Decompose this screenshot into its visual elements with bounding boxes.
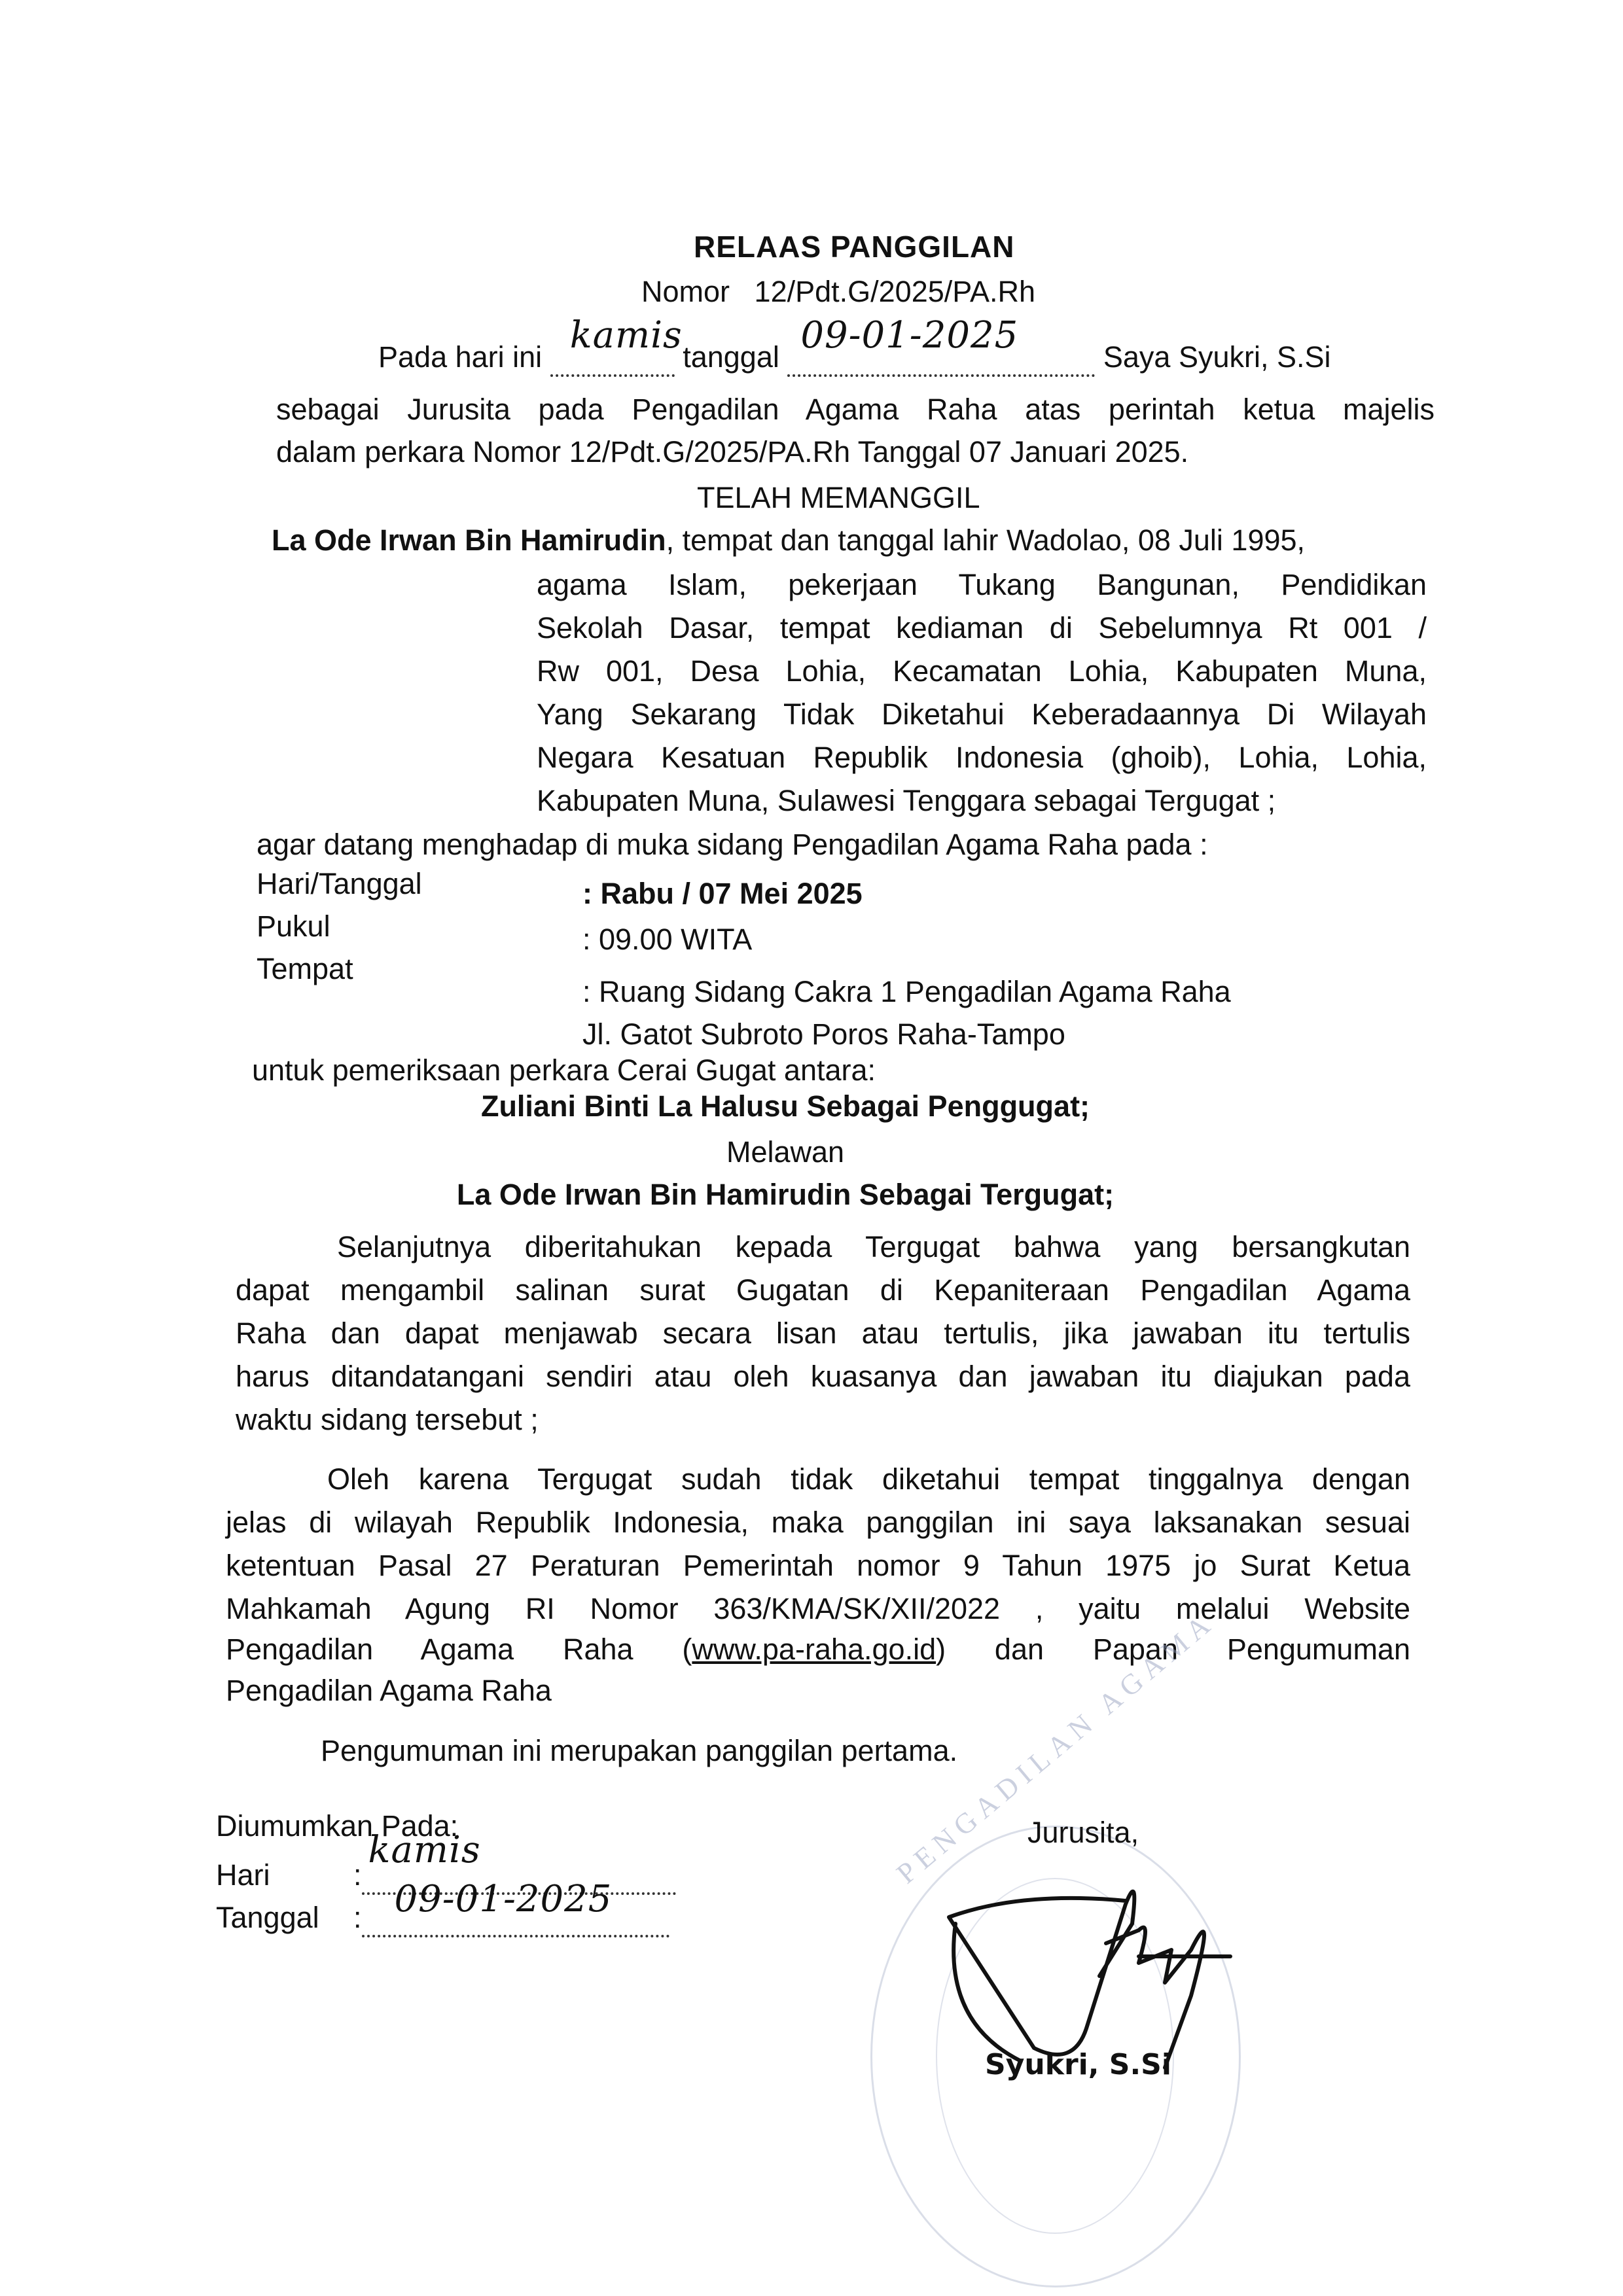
party-lines-line: Kabupaten Muna, Sulawesi Tenggara sebaga… bbox=[537, 784, 1427, 818]
party-lines-line: Sekolah Dasar, tempat kediaman di Sebelu… bbox=[537, 611, 1427, 645]
party-first-line: La Ode Irwan Bin Hamirudin, tempat dan t… bbox=[272, 523, 1305, 557]
summoned-heading: TELAH MEMANGGIL bbox=[697, 481, 980, 515]
place-address: Jl. Gatot Subroto Poros Raha-Tampo bbox=[582, 1017, 1065, 1051]
announced-day-handwritten: kamis bbox=[368, 1829, 481, 1871]
row-value-time: : 09.00 WITA bbox=[582, 923, 752, 957]
summons-intro: agar datang menghadap di muka sidang Pen… bbox=[257, 828, 1208, 862]
document-title: RELAAS PANGGILAN bbox=[694, 229, 1015, 264]
party-lines-line: Negara Kesatuan Republik Indonesia (ghoi… bbox=[537, 741, 1427, 775]
para1-line: harus ditandatangani sendiri atau oleh k… bbox=[236, 1360, 1410, 1394]
party-lines-line: Rw 001, Desa Lohia, Kecamatan Lohia, Kab… bbox=[537, 654, 1427, 688]
versus: Melawan bbox=[301, 1135, 1270, 1169]
para2-line: jelas di wilayah Republik Indonesia, mak… bbox=[226, 1506, 1410, 1540]
signature-role: Jurusita, bbox=[1027, 1816, 1139, 1850]
announced-date-handwritten: 09-01-2025 bbox=[395, 1878, 613, 1920]
plaintiff: Zuliani Binti La Halusu Sebagai Pengguga… bbox=[301, 1089, 1270, 1123]
announced-date-label: Tanggal bbox=[216, 1901, 319, 1935]
intro-line-2: sebagai Jurusita pada Pengadilan Agama R… bbox=[276, 393, 1435, 427]
day-handwritten: kamis bbox=[570, 314, 683, 357]
party-lines-line: Yang Sekarang Tidak Diketahui Keberadaan… bbox=[537, 698, 1427, 732]
case-number: Nomor 12/Pdt.G/2025/PA.Rh bbox=[641, 275, 1035, 309]
row-label-time: Pukul bbox=[257, 910, 330, 944]
day-label: Pada hari ini bbox=[378, 340, 542, 374]
signature-scrawl-icon bbox=[942, 1878, 1270, 2074]
para1-line: waktu sidang tersebut ; bbox=[236, 1403, 1410, 1437]
date-label: tanggal bbox=[683, 340, 779, 374]
line5-before: Pengadilan Agama Raha ( bbox=[226, 1633, 692, 1666]
defendant: La Ode Irwan Bin Hamirudin Sebagai Tergu… bbox=[301, 1178, 1270, 1212]
case-number-value: 12/Pdt.G/2025/PA.Rh bbox=[755, 275, 1035, 308]
defendant-name: La Ode Irwan Bin Hamirudin bbox=[272, 523, 666, 557]
date-handwritten: 09-01-2025 bbox=[800, 314, 1018, 357]
day-field[interactable]: kamis bbox=[550, 340, 675, 377]
row-value-place: : Ruang Sidang Cakra 1 Pengadilan Agama … bbox=[582, 975, 1231, 1009]
paragraph-basis-line-5: Pengadilan Agama Raha (www.pa-raha.go.id… bbox=[226, 1633, 1410, 1667]
announced-day-label: Hari bbox=[216, 1858, 270, 1892]
row-label-place: Tempat bbox=[257, 952, 353, 986]
website-link[interactable]: www.pa-raha.go.id bbox=[692, 1633, 936, 1666]
para2-line: Mahkamah Agung RI Nomor 363/KMA/SK/XII/2… bbox=[226, 1592, 1410, 1626]
date-field[interactable]: 09-01-2025 bbox=[787, 340, 1095, 377]
paragraph-basis-line-6: Pengadilan Agama Raha bbox=[226, 1674, 552, 1708]
row-value-date: : Rabu / 07 Mei 2025 bbox=[582, 877, 863, 911]
para1-line: Selanjutnya diberitahukan kepada Terguga… bbox=[337, 1230, 1410, 1264]
para1-line: dapat mengambil salinan surat Gugatan di… bbox=[236, 1273, 1410, 1307]
para1-line: Raha dan dapat menjawab secara lisan ata… bbox=[236, 1316, 1410, 1351]
para2-line: ketentuan Pasal 27 Peraturan Pemerintah … bbox=[226, 1549, 1410, 1583]
intro-line-1: Pada hari ini kamis tanggal 09-01-2025 S… bbox=[378, 340, 1331, 377]
announced-date-field[interactable]: : 09-01-2025 bbox=[353, 1901, 669, 1937]
bailiff-intro: Saya Syukri, S.Si bbox=[1103, 340, 1331, 374]
para2-line: Oleh karena Tergugat sudah tidak diketah… bbox=[327, 1462, 1410, 1496]
party-lines-line: agama Islam, pekerjaan Tukang Bangunan, … bbox=[537, 568, 1427, 602]
party-birth: , tempat dan tanggal lahir Wadolao, 08 J… bbox=[666, 523, 1305, 557]
purpose: untuk pemeriksaan perkara Cerai Gugat an… bbox=[252, 1053, 876, 1087]
closing-statement: Pengumuman ini merupakan panggilan perta… bbox=[321, 1734, 957, 1768]
row-label-date: Hari/Tanggal bbox=[257, 867, 422, 901]
case-number-label: Nomor bbox=[641, 275, 730, 308]
intro-line-3: dalam perkara Nomor 12/Pdt.G/2025/PA.Rh … bbox=[276, 435, 1188, 469]
signer-name: Syukri, S.Si bbox=[985, 2048, 1171, 2081]
